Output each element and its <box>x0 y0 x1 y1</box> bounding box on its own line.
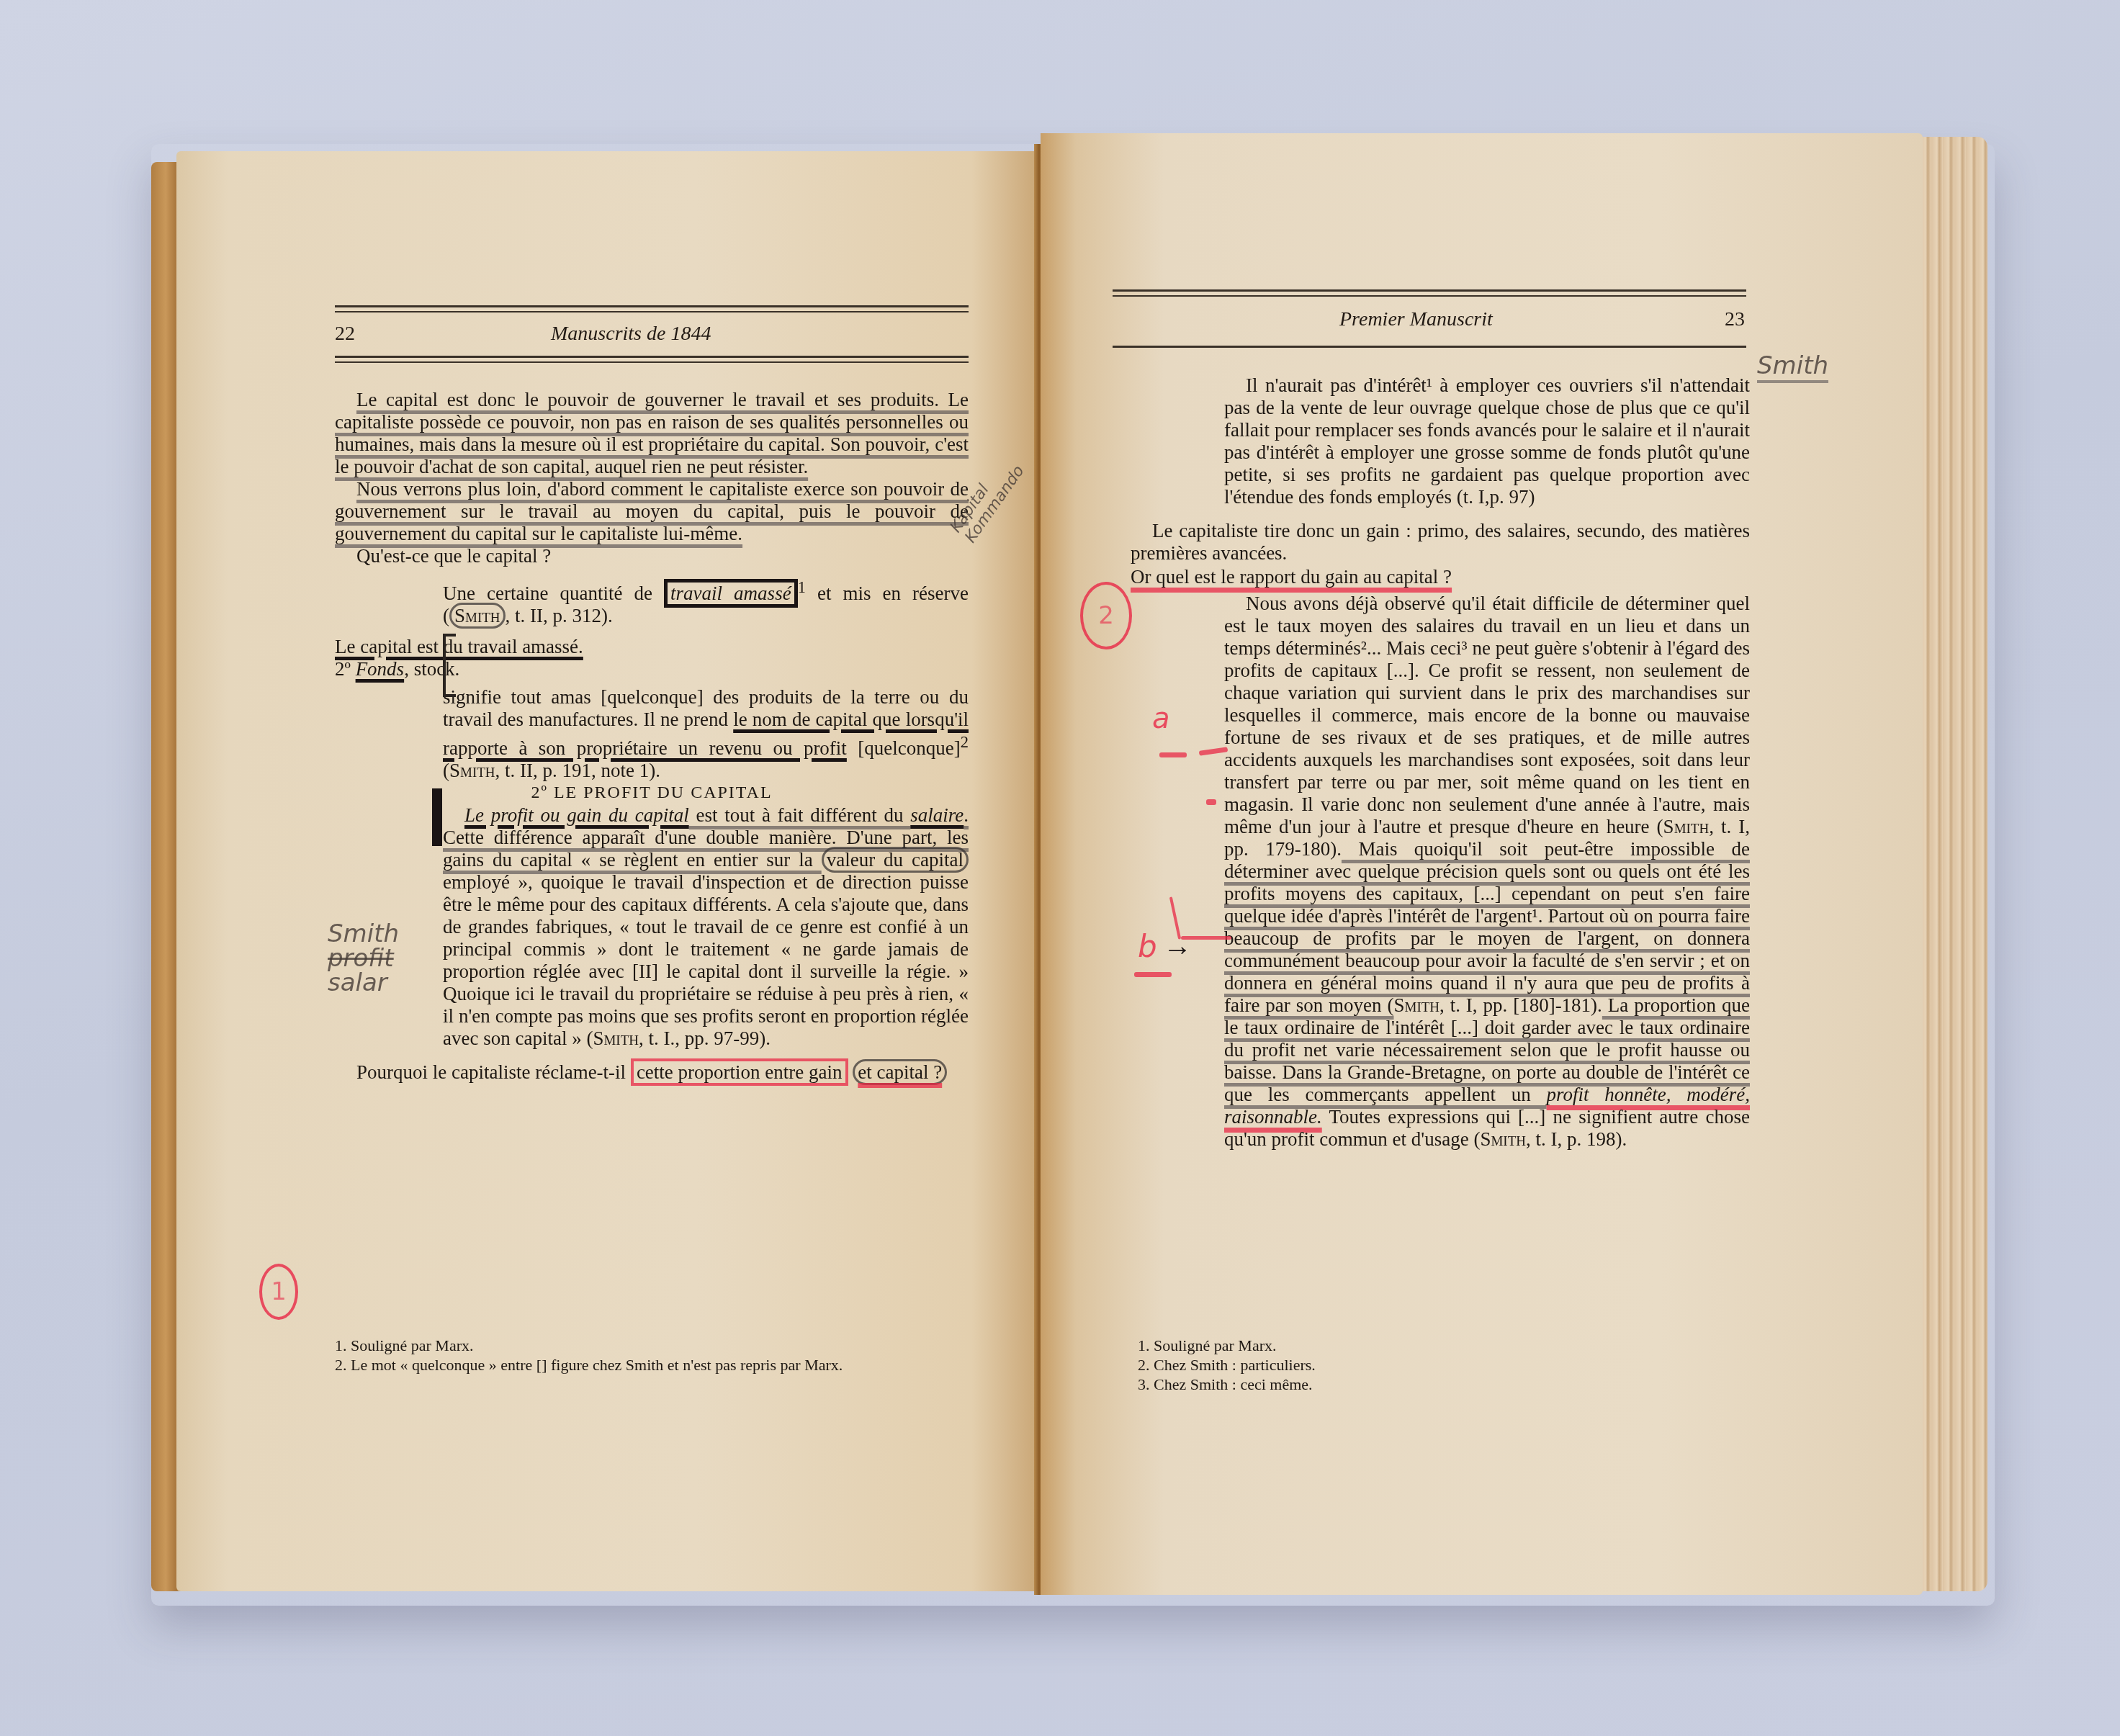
citation-text: , t. II, p. 312). <box>506 605 613 626</box>
header-rule <box>335 305 969 307</box>
fonds-number: 2º <box>335 658 356 680</box>
left-footnotes: 1. Souligné par Marx. 2. Le mot « quelco… <box>317 1336 965 1375</box>
quote-block-2: Nous avons déjà observé qu'il était diff… <box>1131 593 1750 1151</box>
black-bracket-mark <box>432 788 442 846</box>
quote-text: Mais quoiqu'il soit peut-être impossible… <box>1224 838 1750 1016</box>
citation-author: Smith <box>449 760 495 781</box>
header-rule <box>335 356 969 358</box>
footnote: 2. Le mot « quelconque » entre [] figure… <box>317 1355 965 1375</box>
circled-phrase: valeur du capital <box>822 847 969 873</box>
quote-block: Il n'aurait pas d'intérêt¹ à employer ce… <box>1131 374 1750 508</box>
footnote-ref: 1 <box>798 578 806 596</box>
red-dash <box>1159 752 1187 757</box>
right-running-head: Premier Manuscrit <box>1339 308 1493 331</box>
citation-author: Smith <box>1663 816 1710 837</box>
paragraph: Qu'est-ce que le capital ? <box>335 545 969 567</box>
citation-author: Smith <box>1394 994 1440 1016</box>
fonds-word: Fonds <box>356 658 405 680</box>
margin-mark-b: b <box>1138 929 1157 964</box>
circled-phrase: et capital ? <box>853 1059 947 1085</box>
header-rule <box>335 311 969 312</box>
body-text: est tout à fait différent du <box>689 804 911 826</box>
footnote: 3. Chez Smith : ceci même. <box>1131 1375 1750 1394</box>
underlined-phrase: Le profit ou gain du capital <box>464 804 689 826</box>
capital-definition: Le capital est du travail amassé. <box>335 636 969 658</box>
left-page-number: 22 <box>335 323 355 346</box>
citation-author: Smith <box>593 1027 639 1049</box>
red-boxed-phrase: cette proportion entre gain <box>631 1058 848 1086</box>
question-line: Pourquoi le capitaliste réclame-t-il cet… <box>335 1061 969 1084</box>
right-body-text: Il n'aurait pas d'intérêt¹ à employer ce… <box>1131 374 1750 1151</box>
margin-note-line: salar <box>328 971 399 995</box>
section-paragraph: Le profit ou gain du capital est tout à … <box>335 804 969 1050</box>
circled-citation: Smith <box>449 603 506 629</box>
red-circle-number-2: 2 <box>1080 582 1132 649</box>
margin-note-smith-right: Smith <box>1757 351 1828 383</box>
header-rule <box>1113 295 1746 297</box>
footnote: 1. Souligné par Marx. <box>317 1336 965 1355</box>
footnote-ref: 2 <box>961 733 969 751</box>
body-text: employé », quoique le travail d'inspecti… <box>443 871 969 1049</box>
right-footnotes: 1. Souligné par Marx. 2. Chez Smith : pa… <box>1131 1336 1750 1394</box>
margin-note-line: Smith <box>328 922 399 946</box>
underlined-word: salaire <box>910 804 964 826</box>
header-rule <box>1113 289 1746 292</box>
right-page-number: 23 <box>1725 308 1745 331</box>
margin-mark-a: a <box>1152 702 1170 735</box>
section-title: 2º LE PROFIT DU CAPITAL <box>335 782 969 804</box>
red-dash <box>1134 972 1172 977</box>
bracket-mark <box>443 634 456 697</box>
fonds-line: 2º Fonds, stock. <box>335 658 969 680</box>
quote-block-2: signifie tout amas [quelconque] des prod… <box>335 686 969 782</box>
question-text: Pourquoi le capitaliste réclame-t-il <box>356 1061 631 1083</box>
boxed-phrase: travail amassé <box>664 579 798 608</box>
quote-text: Une certaine quantité de <box>443 583 664 604</box>
left-running-head: Manuscrits de 1844 <box>551 323 711 346</box>
arrow-right-icon: → <box>1163 929 1192 963</box>
red-dot <box>1206 799 1216 805</box>
citation-text: , t. II, p. 191, note 1). <box>495 760 660 781</box>
citation-text: , t. I, p. 198). <box>1526 1128 1627 1150</box>
paragraph: Le capital est donc le pouvoir de gouver… <box>335 389 969 478</box>
red-question: Or quel est le rapport du gain au capita… <box>1131 566 1452 588</box>
margin-note-smith: Smith profit salar <box>328 922 399 995</box>
red-circle-number-1: 1 <box>259 1264 298 1320</box>
header-rule <box>335 361 969 363</box>
footnote: 2. Chez Smith : particuliers. <box>1131 1355 1750 1375</box>
quote-text: [quelconque] <box>847 737 961 759</box>
paragraph: Le capitaliste tire donc un gain : primo… <box>1131 520 1750 565</box>
quote-block: Une certaine quantité de travail amassé1… <box>335 576 969 627</box>
citation-text: , t. I., pp. 97-99). <box>639 1027 771 1049</box>
header-rule <box>1113 346 1746 348</box>
paragraph: Nous verrons plus loin, d'abord comment … <box>335 478 969 545</box>
citation-text: , t. I, pp. [180]-181). <box>1439 994 1602 1016</box>
citation-author: Smith <box>1480 1128 1526 1150</box>
quote-text: et mis en réserve <box>806 583 969 604</box>
left-body-text: Le capital est donc le pouvoir de gouver… <box>335 389 969 1084</box>
footnote: 1. Souligné par Marx. <box>1131 1336 1750 1355</box>
quote-text: Nous avons déjà observé qu'il était diff… <box>1224 593 1750 837</box>
margin-note-line: profit <box>328 946 399 971</box>
